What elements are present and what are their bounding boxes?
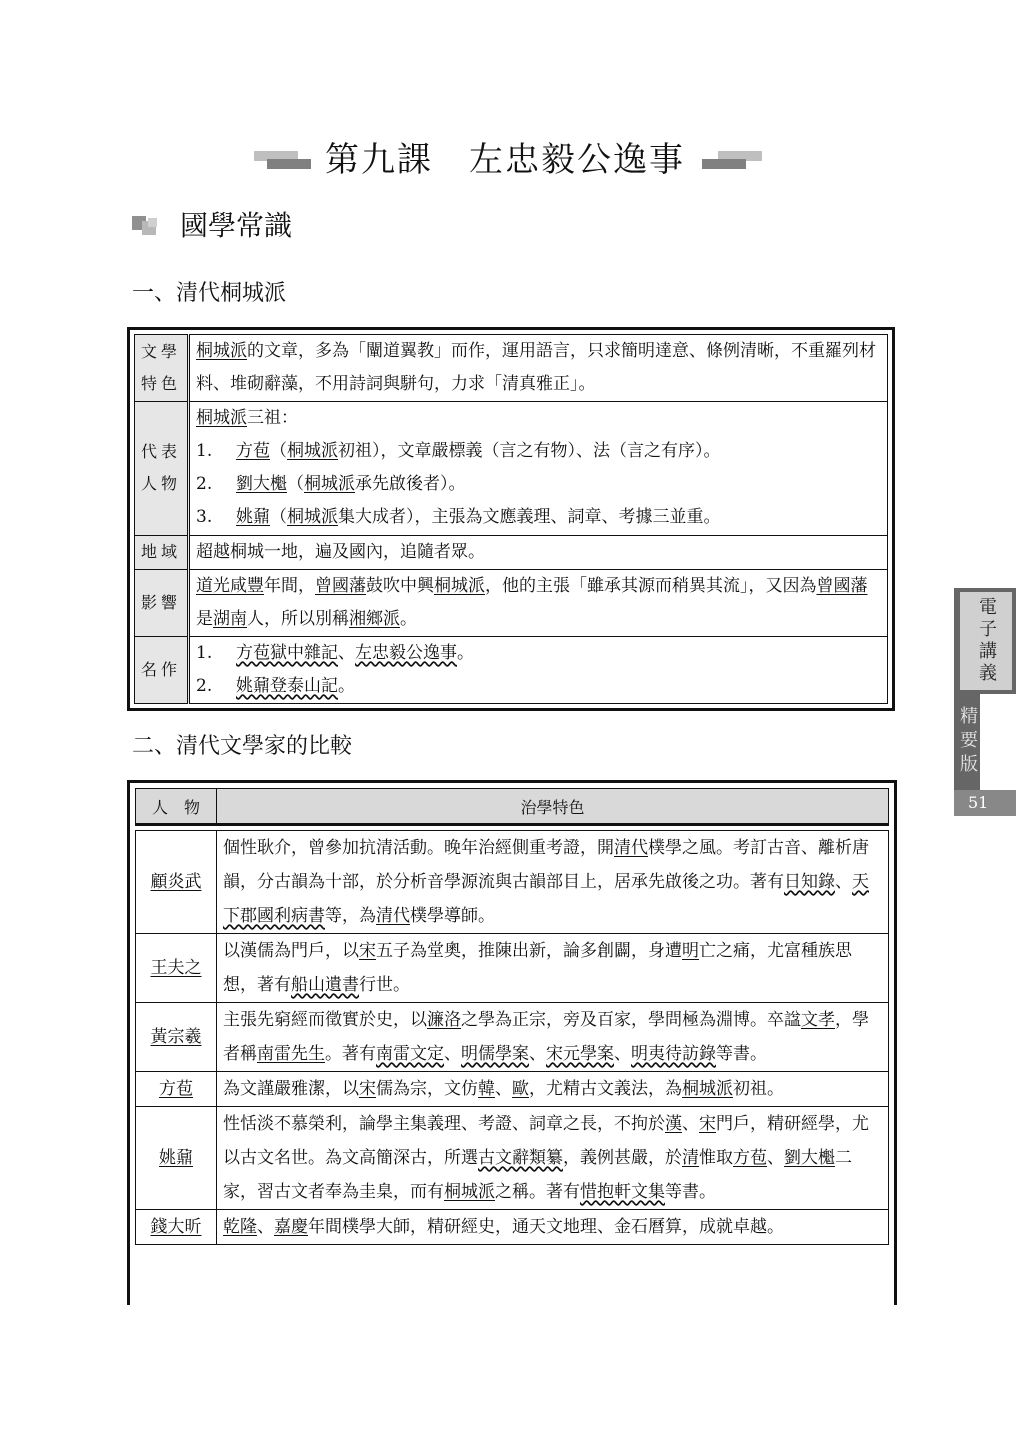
row-label: 影響 — [135, 569, 189, 636]
row-label: 文學特色 — [135, 335, 189, 402]
scholar-name: 顧炎武 — [136, 831, 217, 934]
part1-heading: 一、清代桐城派 — [132, 279, 286, 309]
row-content: 1.方苞獄中雜記、左忠毅公逸事。 2.姚鼐登泰山記。 — [189, 636, 888, 703]
scholar-feature: 以漢儒為門戶，以宋五子為堂奧，推陳出新，論多創闢，身遭明亡之痛，尤富種族思想，著… — [217, 934, 889, 1003]
table-row: 顧炎武 個性耿介，曾參加抗清活動。晚年治經側重考證，開清代樸學之風。考訂古音、離… — [136, 831, 889, 934]
page-title-banner: 第九課 左忠毅公逸事 — [0, 138, 1016, 184]
decor-bar-icon — [702, 159, 746, 169]
page-number: 51 — [954, 790, 1016, 816]
scholar-feature: 為文謹嚴雅潔，以宋儒為宗，文仿韓、歐，尤精古文義法，為桐城派初祖。 — [217, 1072, 889, 1107]
scholar-name: 錢大昕 — [136, 1210, 217, 1245]
table-row: 王夫之 以漢儒為門戶，以宋五子為堂奧，推陳出新，論多創闢，身遭明亡之痛，尤富種族… — [136, 934, 889, 1003]
scholar-name: 姚鼐 — [136, 1107, 217, 1210]
scholar-feature: 主張先窮經而徵實於史，以濂洛之學為正宗，旁及百家，學問極為淵博。卒諡文孝，學者稱… — [217, 1003, 889, 1072]
header-feature: 治學特色 — [217, 789, 889, 825]
side-tab-handout[interactable]: 電子講義 — [954, 588, 1016, 694]
scholar-feature: 乾隆、嘉慶年間樸學大師，精研經史，通天文地理、金石曆算，成就卓越。 — [217, 1210, 889, 1245]
scholar-feature: 性恬淡不慕榮利，論學主集義理、考證、詞章之長，不拘於漢、宋門戶，精研經學，尤以古… — [217, 1107, 889, 1210]
table-row: 方苞 為文謹嚴雅潔，以宋儒為宗，文仿韓、歐，尤精古文義法，為桐城派初祖。 — [136, 1072, 889, 1107]
table-row: 錢大昕 乾隆、嘉慶年間樸學大師，精研經史，通天文地理、金石曆算，成就卓越。 — [136, 1210, 889, 1245]
table-row: 地域 超越桐城一地，遍及國內，追隨者眾。 — [135, 535, 888, 569]
scholar-name: 方苞 — [136, 1072, 217, 1107]
page-title: 第九課 左忠毅公逸事 — [325, 138, 685, 182]
row-content: 桐城派三祖： 1.方苞（桐城派初祖），文章嚴標義（言之有物）、法（言之有序）。 … — [189, 402, 888, 535]
table-row: 名作 1.方苞獄中雜記、左忠毅公逸事。 2.姚鼐登泰山記。 — [135, 636, 888, 703]
squares-icon — [132, 216, 162, 238]
table-header-row: 人 物 治學特色 — [136, 789, 889, 825]
table-row: 姚鼐 性恬淡不慕榮利，論學主集義理、考證、詞章之長，不拘於漢、宋門戶，精研經學，… — [136, 1107, 889, 1210]
row-content: 道光咸豐年間，曾國藩鼓吹中興桐城派，他的主張「雖承其源而稍異其流」，又因為曾國藩… — [189, 569, 888, 636]
row-label: 代表人物 — [135, 402, 189, 535]
scholar-feature: 個性耿介，曾參加抗清活動。晚年治經側重考證，開清代樸學之風。考訂古音、離析唐韻，… — [217, 831, 889, 934]
scholar-name: 王夫之 — [136, 934, 217, 1003]
row-label: 名作 — [135, 636, 189, 703]
decor-bar-icon — [267, 159, 311, 169]
part2-heading: 二、清代文學家的比較 — [132, 732, 352, 762]
table-row: 黃宗羲 主張先窮經而徵實於史，以濂洛之學為正宗，旁及百家，學問極為淵博。卒諡文孝… — [136, 1003, 889, 1072]
side-tab-edition[interactable]: 精要版 — [954, 694, 980, 790]
section-title: 國學常識 — [180, 206, 292, 246]
row-label: 地域 — [135, 535, 189, 569]
header-person: 人 物 — [136, 789, 217, 825]
scholars-table: 人 物 治學特色 顧炎武 個性耿介，曾參加抗清活動。晚年治經側重考證，開清代樸學… — [127, 780, 897, 1305]
tongcheng-table: 文學特色 桐城派的文章，多為「闡道翼教」而作，運用語言，只求簡明達意、條例清晰，… — [127, 327, 895, 711]
table-row: 文學特色 桐城派的文章，多為「闡道翼教」而作，運用語言，只求簡明達意、條例清晰，… — [135, 335, 888, 402]
scholar-name: 黃宗羲 — [136, 1003, 217, 1072]
row-content: 超越桐城一地，遍及國內，追隨者眾。 — [189, 535, 888, 569]
table-row: 代表人物 桐城派三祖： 1.方苞（桐城派初祖），文章嚴標義（言之有物）、法（言之… — [135, 402, 888, 535]
row-content: 桐城派的文章，多為「闡道翼教」而作，運用語言，只求簡明達意、條例清晰，不重羅列材… — [189, 335, 888, 402]
side-tab: 電子講義 精要版 51 — [954, 588, 1016, 816]
table-row: 影響 道光咸豐年間，曾國藩鼓吹中興桐城派，他的主張「雖承其源而稍異其流」，又因為… — [135, 569, 888, 636]
